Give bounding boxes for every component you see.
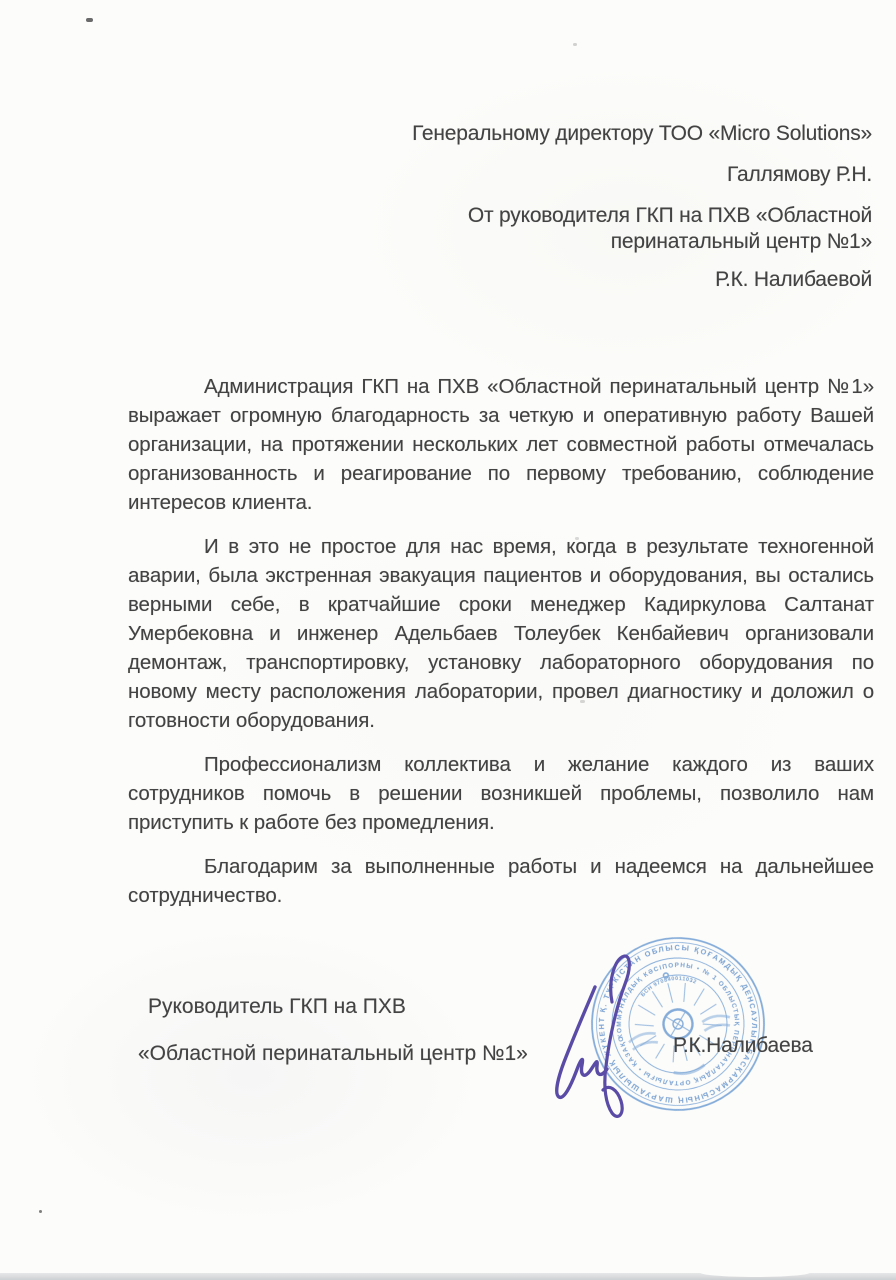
signature-org-line2: «Областной перинатальный центр №1» [138,1041,528,1066]
scanner-edge-highlight [700,1268,810,1277]
scan-speck [580,700,585,703]
paragraph-gratitude: Администрация ГКП на ПХВ «Областной пери… [128,372,874,517]
handwritten-signature [520,942,670,1132]
signature-org-block: Руководитель ГКП на ПХВ «Областной перин… [138,994,528,1066]
scan-speck [573,43,577,46]
sender-name: Р.К. Налибаевой [394,267,872,293]
scan-speck [39,1210,42,1213]
signer-name: Р.К.Налибаева [673,1034,813,1058]
paragraph-closing: Благодарим за выполненные работы и надее… [128,852,874,910]
scanned-letter-page: Генеральному директору ТОО «Micro Soluti… [0,0,896,1280]
letter-header: Генеральному директору ТОО «Micro Soluti… [394,121,872,308]
scanner-edge-shadow [0,1273,896,1280]
scan-speck [575,537,579,540]
scan-speck [86,18,93,22]
addressee-line: Генеральному директору ТОО «Micro Soluti… [394,121,872,147]
sender-line: От руководителя ГКП на ПХВ «Областной пе… [394,203,872,255]
letter-body: Администрация ГКП на ПХВ «Областной пери… [128,372,874,925]
paragraph-professionalism: Профессионализм коллектива и желание каж… [128,750,874,837]
addressee-name: Галлямову Р.Н. [394,162,872,188]
paragraph-evacuation: И в это не простое для нас время, когда … [128,532,874,735]
signature-org-line1: Руководитель ГКП на ПХВ [148,994,528,1019]
